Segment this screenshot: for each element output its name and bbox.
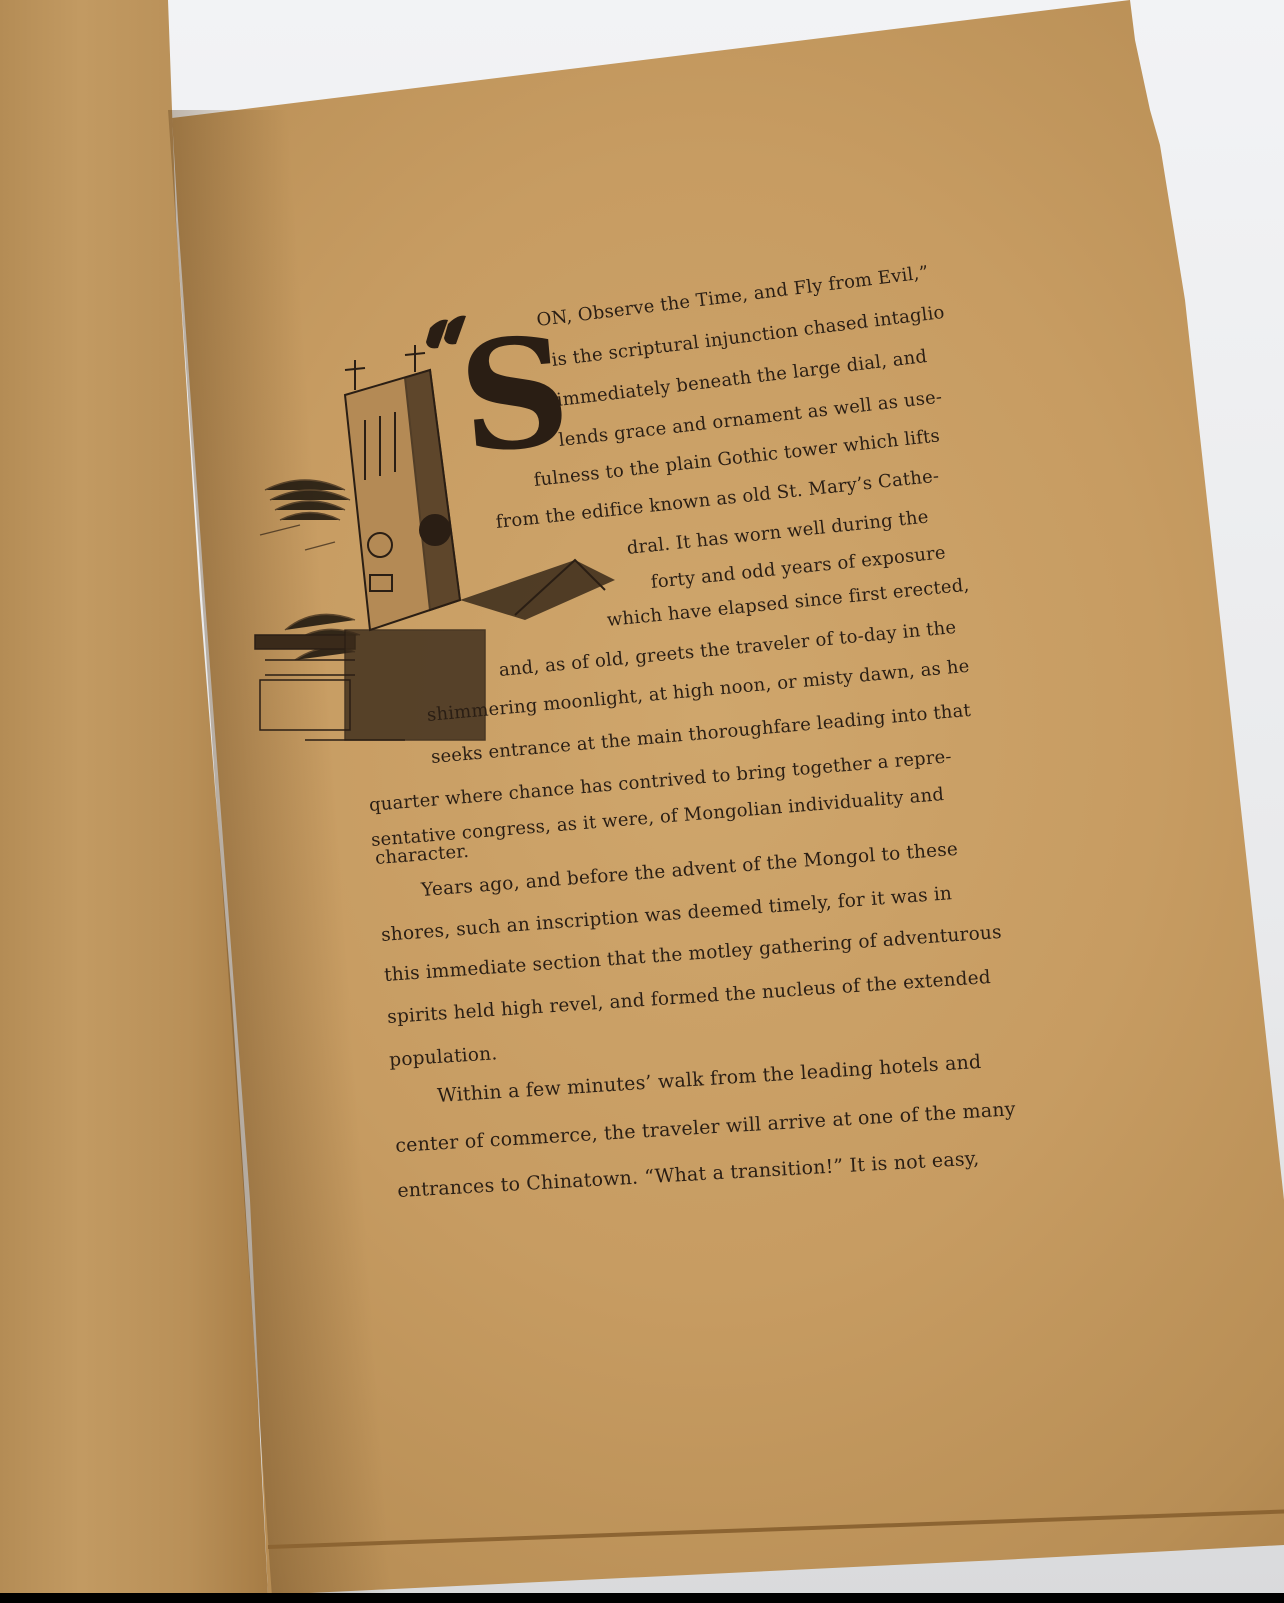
bottom-black-bar	[0, 1593, 1284, 1603]
gothic-tower-illustration-icon: S	[245, 300, 635, 760]
drop-cap-s: S	[453, 303, 576, 488]
